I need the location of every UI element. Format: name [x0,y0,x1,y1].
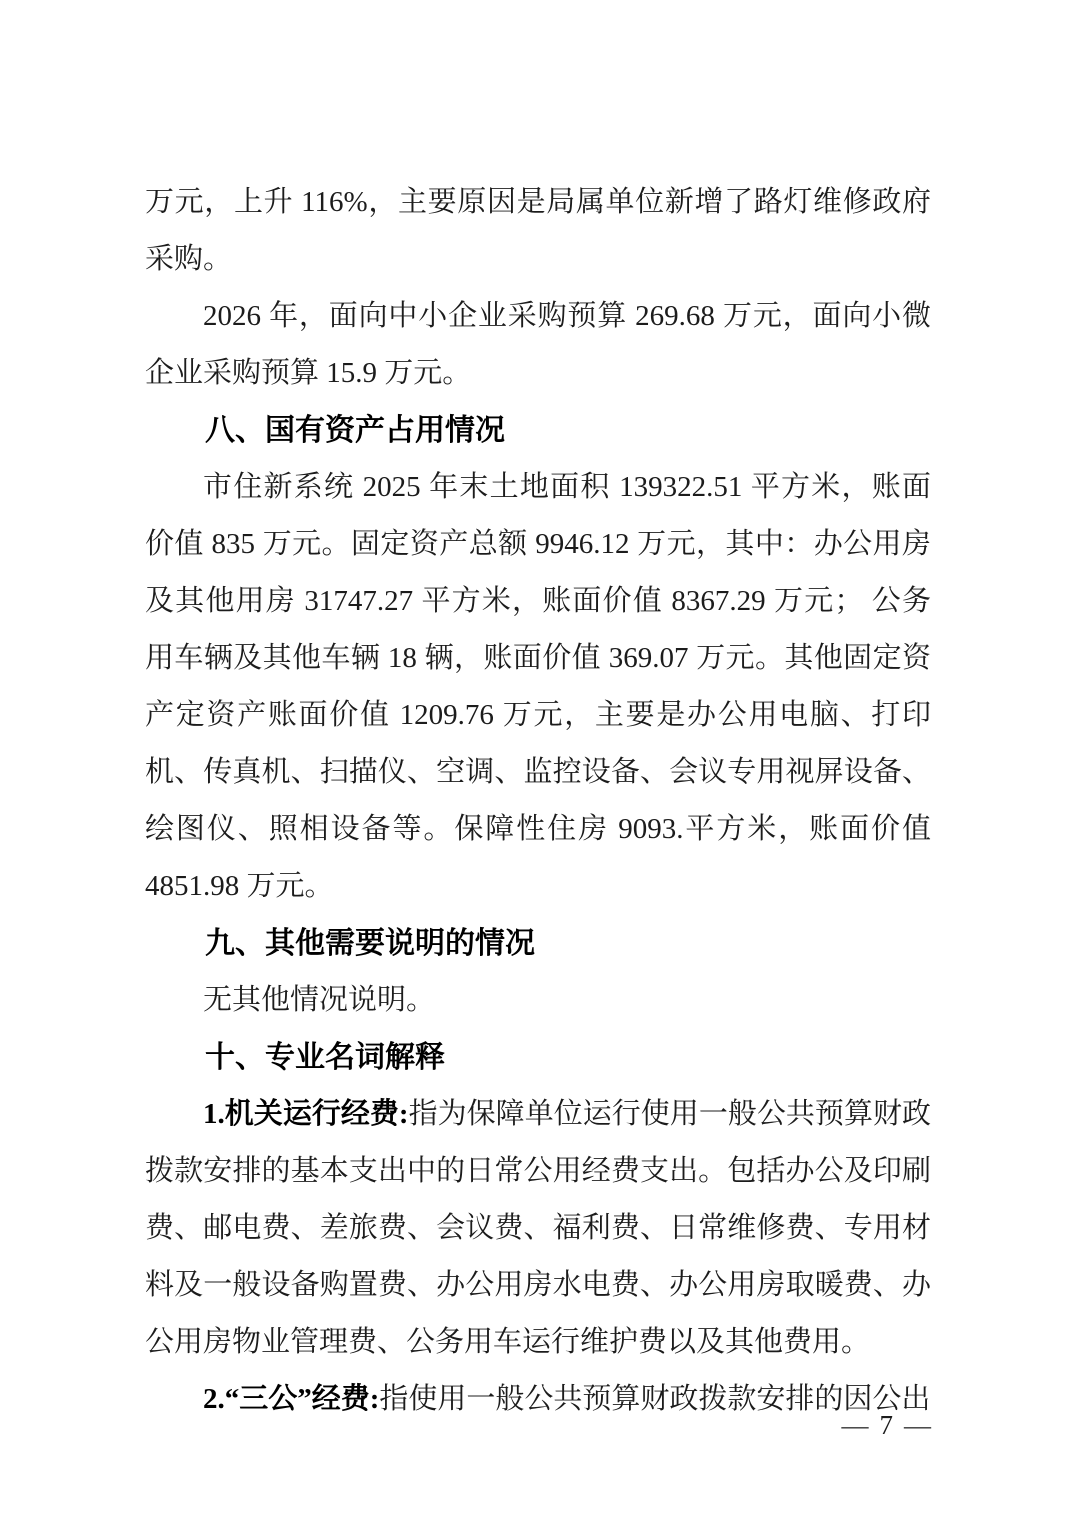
term-definition-operating-expenses: 指为保障单位运行使用一般公共预算财政拨款安排的基本支出中的日常公用经费支出。包括… [145,1098,931,1358]
heading-section-8-state-assets: 八、国有资产占用情况 [145,402,931,459]
paragraph-no-other-notes: 无其他情况说明。 [145,972,931,1029]
paragraph-procurement-increase: 万元，上升 116%，主要原因是局属单位新增了路灯维修政府采购。 [145,174,931,288]
footer-dash-right: — [904,1410,932,1440]
term-label-operating-expenses: 1.机关运行经费: [203,1098,409,1130]
term-label-three-public-funds: 2.“三公”经费: [203,1383,379,1415]
paragraph-smb-procurement-budget: 2026 年，面向中小企业采购预算 269.68 万元，面向小微企业采购预算 1… [145,288,931,402]
page-footer: —7— [842,1408,933,1442]
heading-section-9-other-notes: 九、其他需要说明的情况 [145,915,931,972]
paragraph-term-operating-expenses: 1.机关运行经费:指为保障单位运行使用一般公共预算财政拨款安排的基本支出中的日常… [145,1086,931,1371]
document-body: 万元，上升 116%，主要原因是局属单位新增了路灯维修政府采购。 2026 年，… [145,174,931,1428]
paragraph-state-assets-detail: 市住新系统 2025 年末土地面积 139322.51 平方米，账面价值 835… [145,459,931,915]
footer-dash-left: — [842,1410,870,1440]
heading-section-10-glossary: 十、专业名词解释 [145,1029,931,1086]
page-number: 7 [870,1410,905,1440]
paragraph-term-three-public-funds: 2.“三公”经费:指使用一般公共预算财政拨款安排的因公出 [145,1371,931,1428]
document-page: 万元，上升 116%，主要原因是局属单位新增了路灯维修政府采购。 2026 年，… [0,0,1074,1520]
